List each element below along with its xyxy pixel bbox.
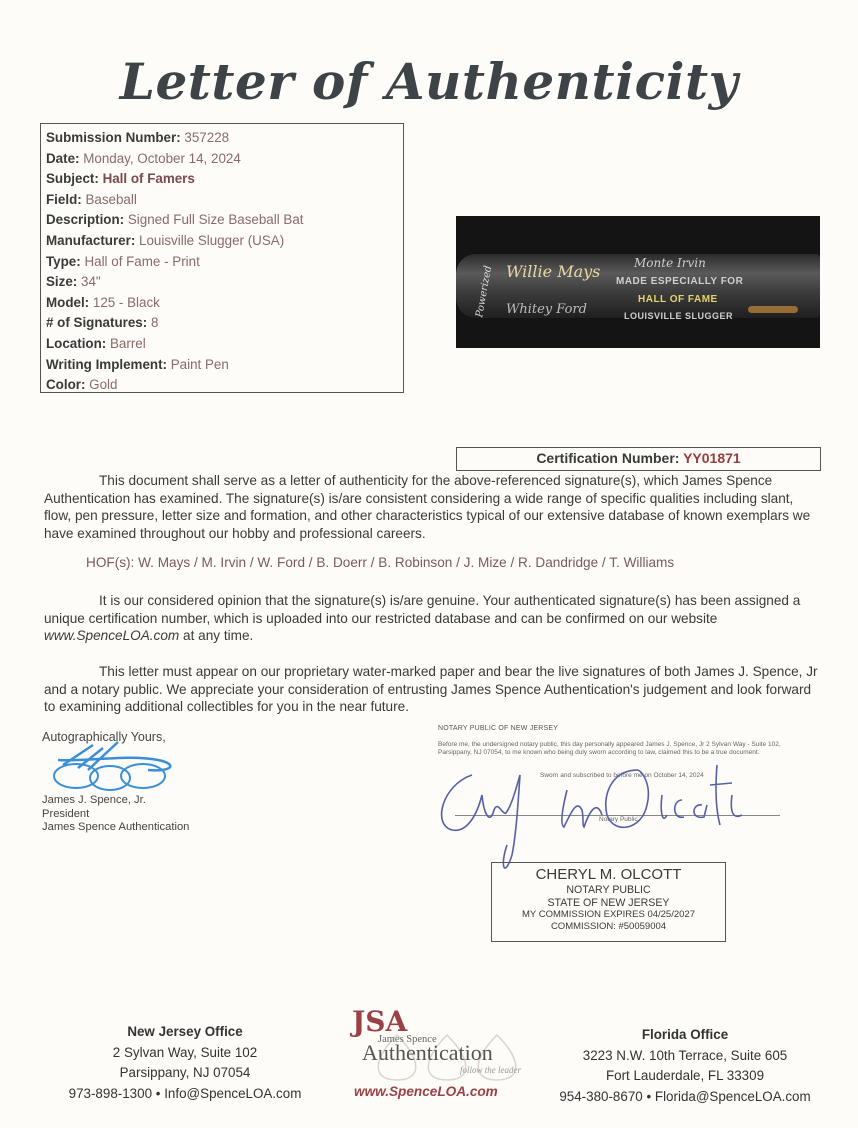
bat-signature-3: Whitey Ford	[506, 302, 587, 317]
info-row: Submission Number: 357228	[46, 128, 398, 149]
info-value: Louisville Slugger (USA)	[139, 233, 284, 248]
info-row: Model: 125 - Black	[46, 293, 398, 314]
info-row: Writing Implement: Paint Pen	[46, 355, 398, 376]
nj-office: New Jersey Office 2 Sylvan Way, Suite 10…	[62, 1022, 308, 1104]
fl-office-heading: Florida Office	[535, 1025, 835, 1046]
signer-company: James Spence Authentication	[42, 821, 189, 835]
opinion-text-end: at any time.	[179, 628, 253, 643]
bat-signature-1: Willie Mays	[506, 262, 600, 281]
bat-imprint-2: HALL OF FAME	[638, 294, 718, 305]
hof-signers-list: HOF(s): W. Mays / M. Irvin / W. Ford / B…	[86, 555, 674, 570]
info-label: Subject:	[46, 171, 99, 186]
info-row: Location: Barrel	[46, 334, 398, 355]
president-signature	[48, 740, 188, 795]
info-label: Description:	[46, 212, 124, 227]
info-label: # of Signatures:	[46, 315, 147, 330]
website-link[interactable]: www.SpenceLOA.com	[44, 628, 179, 643]
bat-glare	[748, 306, 798, 313]
info-row: Description: Signed Full Size Baseball B…	[46, 210, 398, 231]
fl-address-1: 3223 N.W. 10th Terrace, Suite 605	[535, 1046, 835, 1067]
info-row: Manufacturer: Louisville Slugger (USA)	[46, 231, 398, 252]
notary-name: CHERYL M. OLCOTT	[492, 866, 725, 884]
certification-number: YY01871	[683, 450, 741, 466]
info-label: Field:	[46, 192, 82, 207]
watermark-paragraph: This letter must appear on our proprieta…	[44, 663, 820, 716]
notary-state: STATE OF NEW JERSEY	[492, 897, 725, 910]
certification-label: Certification Number:	[536, 450, 679, 466]
info-row: Field: Baseball	[46, 190, 398, 211]
info-value: 8	[151, 315, 158, 330]
fl-phone[interactable]: 954-380-8670	[559, 1089, 642, 1104]
info-value: Gold	[89, 377, 117, 392]
bat-signature-2: Monte Irvin	[634, 256, 706, 270]
info-row: Color: Gold	[46, 375, 398, 396]
nj-address-2: Parsippany, NJ 07054	[62, 1063, 308, 1084]
info-row: Type: Hall of Fame - Print	[46, 252, 398, 273]
info-value: Signed Full Size Baseball Bat	[128, 212, 304, 227]
certification-number-box: Certification Number: YY01871	[456, 447, 821, 471]
notary-expiration: MY COMMISSION EXPIRES 04/25/2027	[492, 909, 725, 921]
nj-address-1: 2 Sylvan Way, Suite 102	[62, 1043, 308, 1064]
info-value: Paint Pen	[171, 357, 229, 372]
info-value: 34"	[81, 274, 101, 289]
signer-info: James J. Spence, Jr. President James Spe…	[42, 794, 189, 835]
nj-office-heading: New Jersey Office	[62, 1022, 308, 1043]
info-value: Baseball	[85, 192, 136, 207]
logo-tagline: follow the leader	[460, 1065, 521, 1075]
info-value: Hall of Fame - Print	[84, 254, 199, 269]
opinion-paragraph: It is our considered opinion that the si…	[44, 592, 820, 645]
footer-website-link[interactable]: www.SpenceLOA.com	[354, 1084, 498, 1099]
info-row: Date: Monday, October 14, 2024	[46, 149, 398, 170]
jsa-logo: JSA James Spence Authentication follow t…	[342, 1005, 532, 1105]
info-label: Submission Number:	[46, 130, 181, 145]
info-label: Location:	[46, 336, 106, 351]
info-label: Date:	[46, 151, 79, 166]
item-photo: MADE ESPECIALLY FOR HALL OF FAME LOUISVI…	[456, 216, 820, 348]
fl-address-2: Fort Lauderdale, FL 33309	[535, 1066, 835, 1087]
info-value: Hall of Famers	[103, 171, 195, 186]
info-label: Size:	[46, 274, 77, 289]
fl-office: Florida Office 3223 N.W. 10th Terrace, S…	[535, 1025, 835, 1107]
bat-imprint-3: LOUISVILLE SLUGGER	[624, 311, 733, 321]
bullet-separator: •	[156, 1086, 161, 1101]
fl-email[interactable]: Florida@SpenceLOA.com	[655, 1089, 811, 1104]
notary-stamp: CHERYL M. OLCOTT NOTARY PUBLIC STATE OF …	[491, 862, 726, 942]
info-row: # of Signatures: 8	[46, 313, 398, 334]
bat-imprint-1: MADE ESPECIALLY FOR	[616, 276, 743, 287]
info-value: 125 - Black	[93, 295, 160, 310]
info-label: Type:	[46, 254, 81, 269]
info-label: Manufacturer:	[46, 233, 135, 248]
info-row: Size: 34"	[46, 272, 398, 293]
info-value: Barrel	[110, 336, 146, 351]
signer-role: President	[42, 808, 189, 822]
bullet-separator: •	[646, 1089, 651, 1104]
info-label: Model:	[46, 295, 89, 310]
signer-name: James J. Spence, Jr.	[42, 794, 189, 808]
nj-phone[interactable]: 973-898-1300	[69, 1086, 152, 1101]
notary-heading: NOTARY PUBLIC OF NEW JERSEY	[438, 725, 558, 732]
notary-commission: COMMISSION: #50059004	[492, 921, 725, 933]
info-row: Subject: Hall of Famers	[46, 169, 398, 190]
submission-details-box: Submission Number: 357228Date: Monday, O…	[40, 123, 404, 393]
info-label: Color:	[46, 377, 85, 392]
logo-authentication: Authentication	[362, 1040, 493, 1066]
info-value: Monday, October 14, 2024	[83, 151, 241, 166]
nj-email[interactable]: Info@SpenceLOA.com	[164, 1086, 301, 1101]
info-value: 357228	[184, 130, 229, 145]
authenticity-paragraph: This document shall serve as a letter of…	[44, 472, 820, 542]
opinion-text: It is our considered opinion that the si…	[44, 593, 800, 626]
info-label: Writing Implement:	[46, 357, 167, 372]
page-title: Letter of Authenticity	[0, 52, 858, 111]
notary-title: NOTARY PUBLIC	[492, 884, 725, 897]
